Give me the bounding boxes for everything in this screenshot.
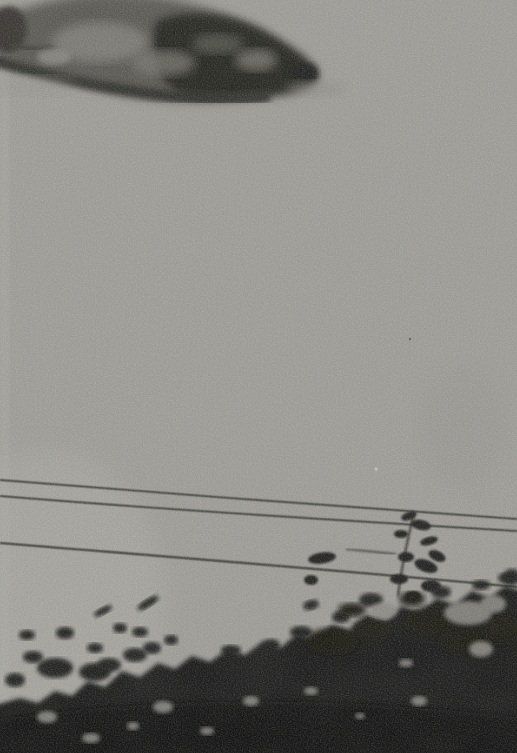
- photograph: [0, 0, 517, 753]
- film-grain-light: [0, 0, 517, 753]
- photo-canvas: [0, 0, 517, 753]
